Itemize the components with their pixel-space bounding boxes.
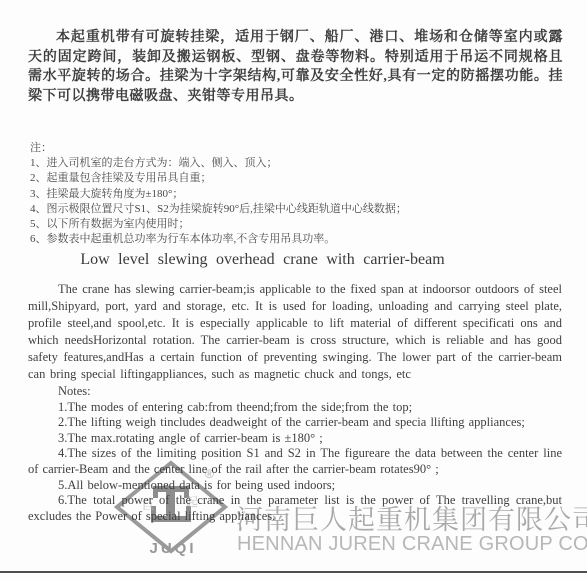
note-item-cn: 1、进入司机室的走台方式为：端入、侧入、顶入； bbox=[30, 156, 550, 171]
page-title-en: Low level slewing overhead crane with ca… bbox=[0, 251, 587, 269]
note-item-en: 5.All below-mentioned data is for being … bbox=[28, 478, 562, 494]
footer-divider bbox=[0, 571, 587, 573]
note-item-en: 2.The lifting weigh tincludes deadweight… bbox=[28, 415, 562, 431]
note-item-cn: 5、以下所有数据为室内使用时； bbox=[30, 217, 550, 232]
intro-paragraph-cn: 本起重机带有可旋转挂梁，适用于钢厂、船厂、港口、堆场和仓储等室内或露天的固定跨间… bbox=[28, 28, 563, 106]
note-item-en: 3.The max.rotating angle of carrier-beam… bbox=[28, 431, 562, 447]
intro-paragraph-en: The crane has slewing carrier-beam;is ap… bbox=[28, 281, 562, 383]
note-item-en: 4.The sizes of the limiting position S1 … bbox=[28, 446, 562, 477]
notes-cn-heading: 注： bbox=[30, 141, 550, 156]
note-item-cn: 6、参数表中起重机总功率为行车本体功率,不含专用吊具功率。 bbox=[30, 232, 550, 247]
note-item-en: 6.The total power of the crane in the pa… bbox=[28, 493, 562, 524]
note-item-en: 1.The modes of entering cab:from theend;… bbox=[28, 400, 562, 416]
note-item-cn: 4、图示极限位置尺寸S1、S2为挂梁旋转90°后,挂梁中心线距轨道中心线数据； bbox=[30, 202, 550, 217]
document-page: ® 巨 起 JUQI 河南巨人起重机集团有限公司 HENNAN JUREN CR… bbox=[0, 0, 587, 580]
notes-section-cn: 注： 1、进入司机室的走台方式为：端入、侧入、顶入； 2、起重量包含挂梁及专用吊… bbox=[30, 141, 550, 247]
document-text: 本起重机带有可旋转挂梁，适用于钢厂、船厂、港口、堆场和仓储等室内或露天的固定跨间… bbox=[0, 0, 587, 580]
note-item-cn: 2、起重量包含挂梁及专用吊具自重； bbox=[30, 171, 550, 186]
notes-en-heading: Notes: bbox=[28, 384, 562, 400]
english-section: The crane has slewing carrier-beam;is ap… bbox=[28, 281, 562, 524]
note-item-cn: 3、挂梁最大旋转角度为±180°； bbox=[30, 187, 550, 202]
